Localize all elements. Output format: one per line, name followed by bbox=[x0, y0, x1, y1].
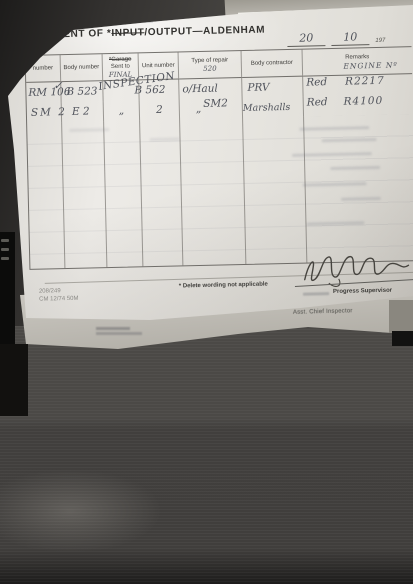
title-struck-word: INPUT bbox=[111, 27, 144, 39]
cell-body: B 523 bbox=[66, 85, 97, 98]
date-year-printed: 197 bbox=[375, 38, 385, 45]
cell-contractor: Marshalls bbox=[243, 102, 291, 114]
under-sheet-code-smudge bbox=[96, 327, 130, 330]
title-prefix: EMENT OF bbox=[47, 28, 107, 40]
form-code: 208/249 CM 12/74 50M bbox=[39, 288, 79, 304]
header-body-contractor: Body contractor bbox=[242, 50, 304, 78]
under-sheet-code-smudge bbox=[96, 332, 142, 335]
signature-caption: Progress Supervisor bbox=[333, 288, 392, 295]
tick-mark: ✓ bbox=[53, 79, 63, 92]
header-repair-handwritten: 520 bbox=[179, 64, 241, 74]
under-sheet-caption: Asst. Chief Inspector bbox=[293, 308, 353, 316]
cell-unit: B 562 bbox=[134, 84, 165, 97]
form-table: number Body number *Garage Sent to FINAL… bbox=[25, 46, 413, 270]
title-rest: /OUTPUT—ALDENHAM bbox=[144, 24, 265, 38]
header-type-of-repair: Type of repair 520 bbox=[179, 51, 243, 79]
form-sheet: ASHING LINE EMENT OF *INPUT/OUTPUT—ALDEN… bbox=[0, 0, 413, 330]
date-block: 20 10 197 bbox=[287, 30, 385, 47]
date-day: 20 bbox=[287, 31, 325, 47]
dark-background bbox=[0, 326, 413, 584]
header-remarks: Remarks ENGINE Nº bbox=[303, 47, 413, 76]
cell-colour: Red bbox=[306, 76, 327, 96]
edge-marking bbox=[1, 239, 9, 242]
header-engine-handwritten: ENGINE Nº bbox=[303, 60, 412, 71]
cell-garage: „ bbox=[118, 105, 124, 117]
cell-repair-note: SM2 bbox=[203, 97, 228, 110]
date-month: 10 bbox=[331, 30, 369, 46]
handwritten-note: ASHING LINE bbox=[69, 11, 154, 25]
form-content: ASHING LINE EMENT OF *INPUT/OUTPUT—ALDEN… bbox=[0, 0, 413, 334]
edge-marking bbox=[1, 248, 9, 251]
cell-colour: Red bbox=[307, 96, 328, 116]
cell-engine: R2217 bbox=[345, 75, 385, 96]
header-body-number: Body number bbox=[61, 54, 104, 82]
paper-edge-tab bbox=[389, 300, 413, 333]
footnote: * Delete wording not applicable bbox=[179, 281, 268, 289]
form-title: EMENT OF *INPUT/OUTPUT—ALDENHAM bbox=[47, 24, 265, 40]
paper-edge-shadow bbox=[392, 331, 413, 346]
cell-repair: o/Haul bbox=[182, 83, 218, 96]
cell-body: E 2 bbox=[72, 105, 90, 117]
edge-marking bbox=[1, 257, 9, 260]
photo-of-document: Asst. Chief Inspector ASHING LINE EMENT … bbox=[0, 0, 413, 584]
cell-repair: „ bbox=[196, 103, 202, 115]
signature-smudge bbox=[303, 292, 329, 296]
cell-contractor: PRV bbox=[247, 81, 269, 94]
empty-rows-area bbox=[27, 114, 413, 269]
left-dark-edge-step bbox=[0, 344, 28, 416]
cell-unit: 2 bbox=[156, 104, 163, 116]
cell-engine: R4100 bbox=[343, 95, 383, 116]
